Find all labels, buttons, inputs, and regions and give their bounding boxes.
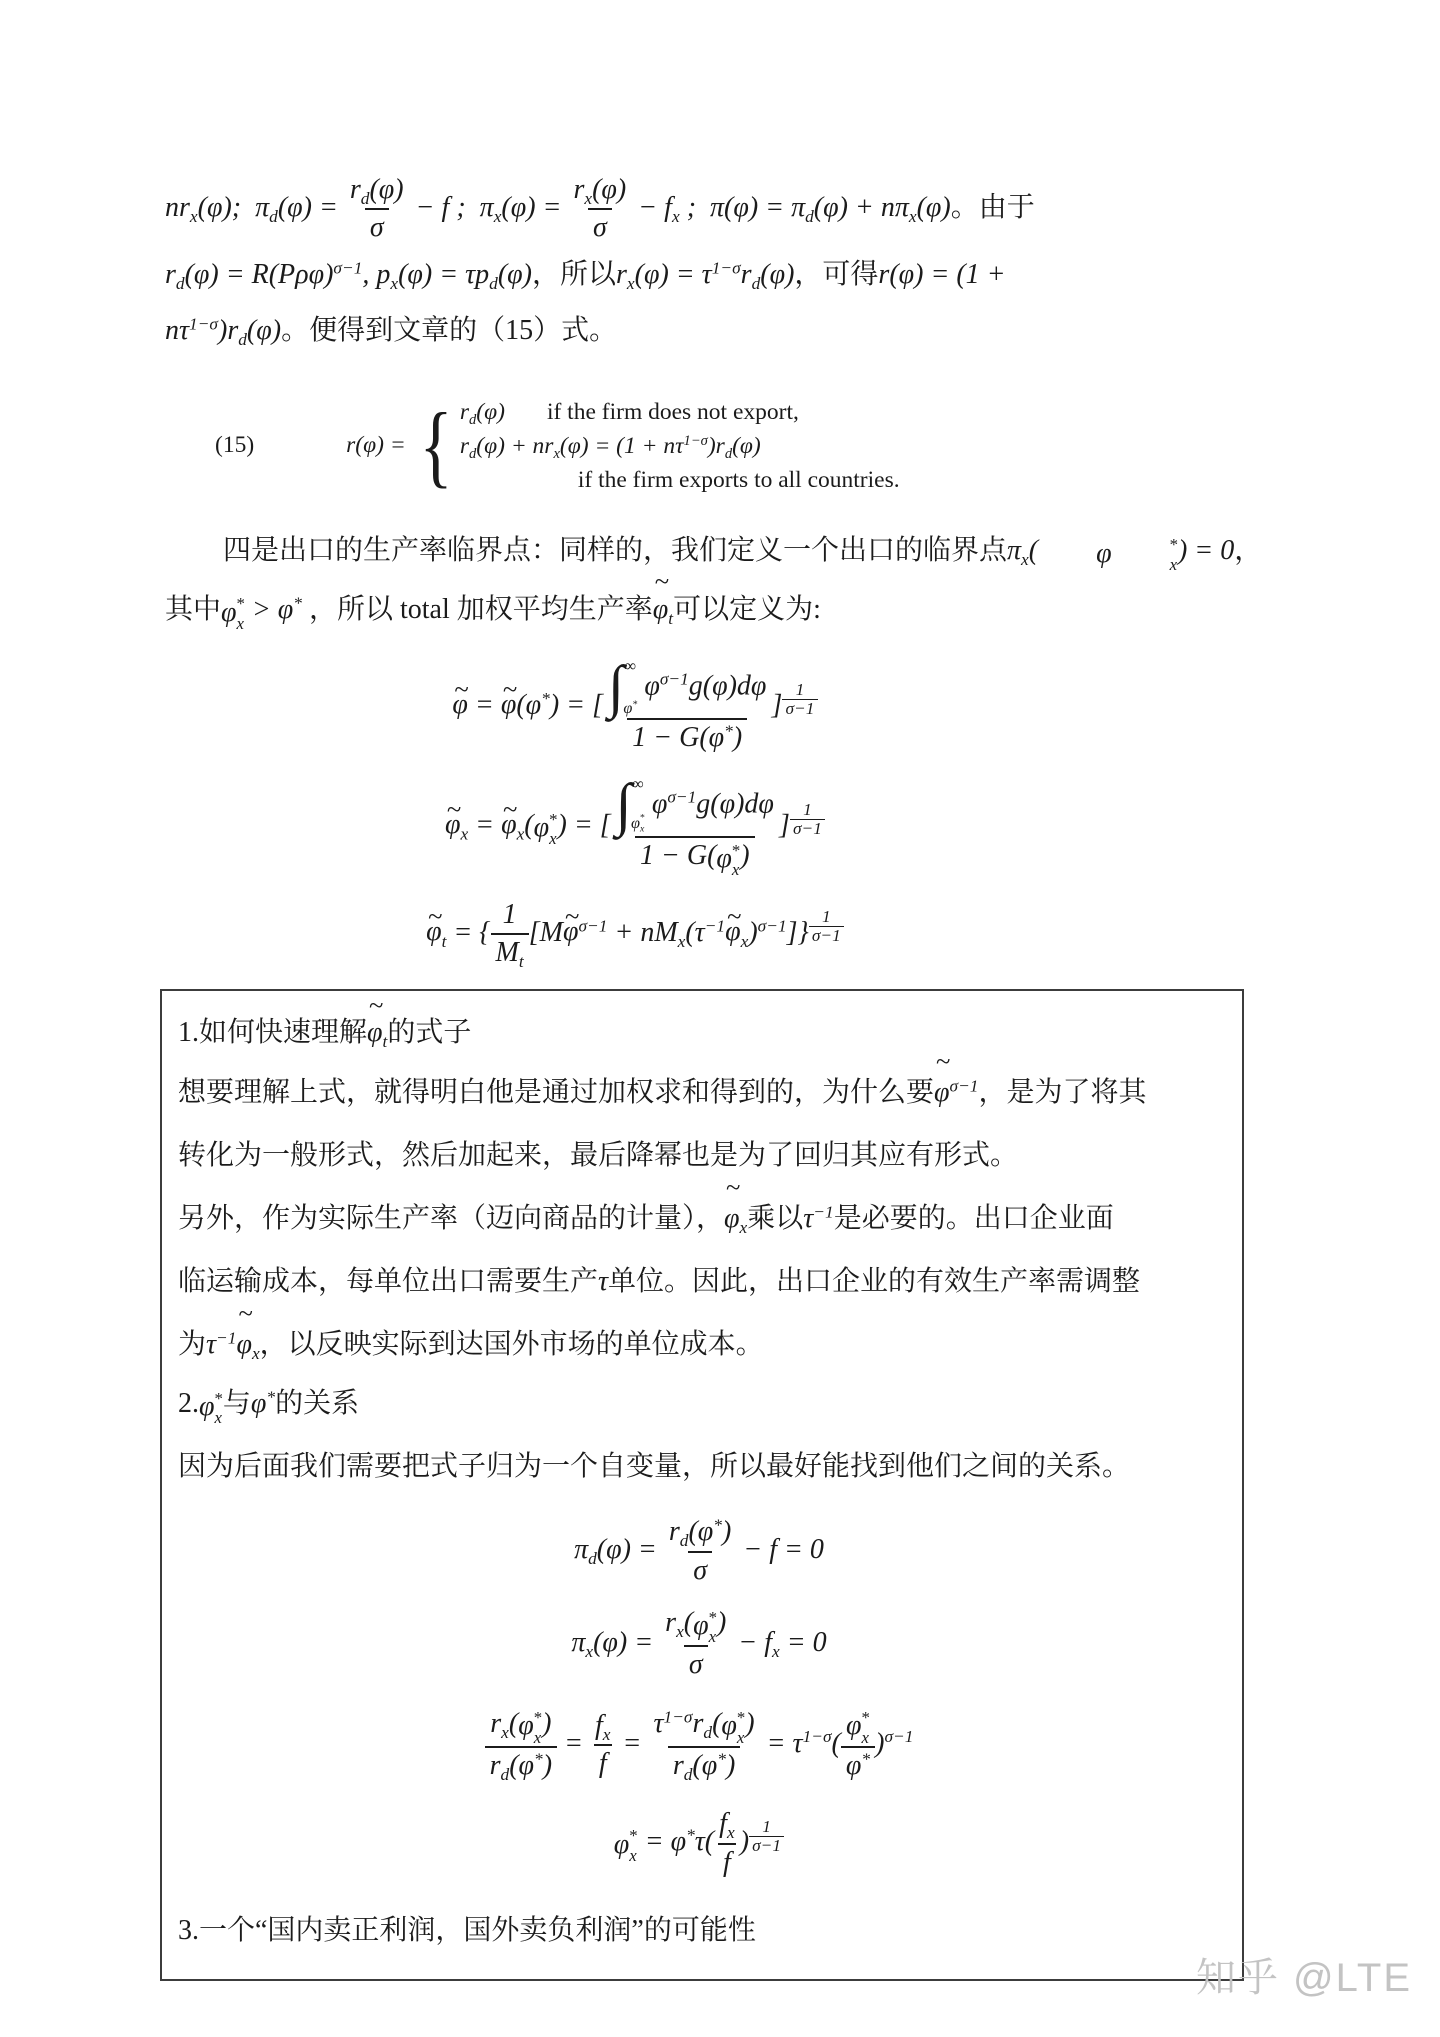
note-section1-title: 1.如何快速理解~φt的式子 — [178, 1005, 1220, 1061]
case2-math: rd(φ) + nrx(φ) = (1 + nτ1−σ)rd(φ) — [460, 433, 761, 459]
note-line: 想要理解上式，就得明白他是通过加权求和得到的，为什么要~φσ−1，是为了将其 — [178, 1061, 1220, 1124]
paragraph-line: 四是出口的生产率临界点：同样的，我们定义一个出口的临界点πx(φ*x) = 0， — [165, 523, 1110, 582]
equation-phi-tilde: ~φ = ~φ(φ*) = [∫∞φ* φσ−1g(φ)dφ1 − G(φ*)]… — [160, 657, 1110, 757]
note-line: 因为后面我们需要把式子归为一个自变量，所以最好能找到他们之间的关系。 — [178, 1435, 1220, 1498]
equation-15: (15) r(φ) = { rd(φ)if the firm does not … — [215, 395, 1246, 497]
equation-revenue-ratio: rx(φ*x)rd(φ*) = fxf = τ1−σrd(φ*x)rd(φ*) … — [178, 1706, 1220, 1785]
equation-15-label: (15) — [215, 432, 254, 459]
content-column: nrx(φ); πd(φ) = rd(φ)σ − f ; πx(φ) = rx(… — [160, 172, 1246, 1981]
display-equations: ~φ = ~φ(φ*) = [∫∞φ* φσ−1g(φ)dφ1 − G(φ*)]… — [160, 657, 1110, 972]
case-line: rd(φ)if the firm does not export, — [460, 395, 900, 429]
document-page: nrx(φ); πd(φ) = rd(φ)σ − f ; πx(φ) = rx(… — [0, 0, 1440, 2037]
note-line: 临运输成本，每单位出口需要生产τ单位。因此，出口企业的有效生产率需调整 — [178, 1250, 1220, 1313]
paragraph-line: 其中φ*x > φ* ，所以 total 加权平均生产率~φt可以定义为: — [165, 582, 1110, 641]
case-line: rd(φ) + nrx(φ) = (1 + nτ1−σ)rd(φ) — [460, 429, 900, 463]
case-line: if the firm exports to all countries. — [578, 463, 900, 497]
paragraph-line: nτ1−σ)rd(φ)。便得到文章的（15）式。 — [165, 303, 1110, 359]
equation-phi-tilde-x: ~φx = ~φx(φ*x) = [∫∞φ*x φσ−1g(φ)dφ1 − G(… — [160, 775, 1110, 879]
zhihu-watermark: 知乎 @LTE — [1196, 1946, 1412, 2003]
paragraph-line: rd(φ) = R(Pρφ)σ−1, px(φ) = τpd(φ)，所以rx(φ… — [165, 247, 1110, 303]
curly-brace: { — [419, 404, 452, 487]
paragraph-line: nrx(φ); πd(φ) = rd(φ)σ − f ; πx(φ) = rx(… — [165, 172, 1110, 247]
equation-15-cases: rd(φ)if the firm does not export, rd(φ) … — [460, 395, 900, 497]
note-section3-title: 3.一个“国内卖正利润，国外卖负利润”的可能性 — [178, 1903, 1220, 1959]
paragraph-export-cutoff: 四是出口的生产率临界点：同样的，我们定义一个出口的临界点πx(φ*x) = 0，… — [165, 523, 1110, 641]
equation-15-lhs: r(φ) = — [346, 432, 406, 459]
note-line: 为τ−1~φx，以反映实际到达国外市场的单位成本。 — [178, 1313, 1220, 1376]
note-line: 转化为一般形式，然后加起来，最后降幂也是为了回归其应有形式。 — [178, 1124, 1220, 1187]
equation-pi-x: πx(φ) = rx(φ*x)σ − fx = 0 — [178, 1605, 1220, 1684]
equation-phi-x-star: φ*x = φ*τ(fxf)1σ−1 — [178, 1806, 1220, 1881]
equation-phi-tilde-t: ~φt = {1Mt[M~φσ−1 + nMx(τ−1~φx)σ−1]}1σ−1 — [160, 897, 1110, 972]
paragraph-profit-functions: nrx(φ); πd(φ) = rd(φ)σ − f ; πx(φ) = rx(… — [165, 172, 1110, 359]
case1-math: rd(φ) — [460, 399, 505, 425]
notes-box: 1.如何快速理解~φt的式子 想要理解上式，就得明白他是通过加权求和得到的，为什… — [160, 989, 1244, 1981]
note-section2-title: 2.φ*x与φ*的关系 — [178, 1376, 1220, 1435]
case2-condition: if the firm exports to all countries. — [578, 467, 900, 493]
equation-pi-d: πd(φ) = rd(φ*)σ − f = 0 — [178, 1514, 1220, 1589]
case1-condition: if the firm does not export, — [547, 399, 799, 425]
note-line: 另外，作为实际生产率（迈向商品的计量），~φx乘以τ−1是必要的。出口企业面 — [178, 1187, 1220, 1250]
